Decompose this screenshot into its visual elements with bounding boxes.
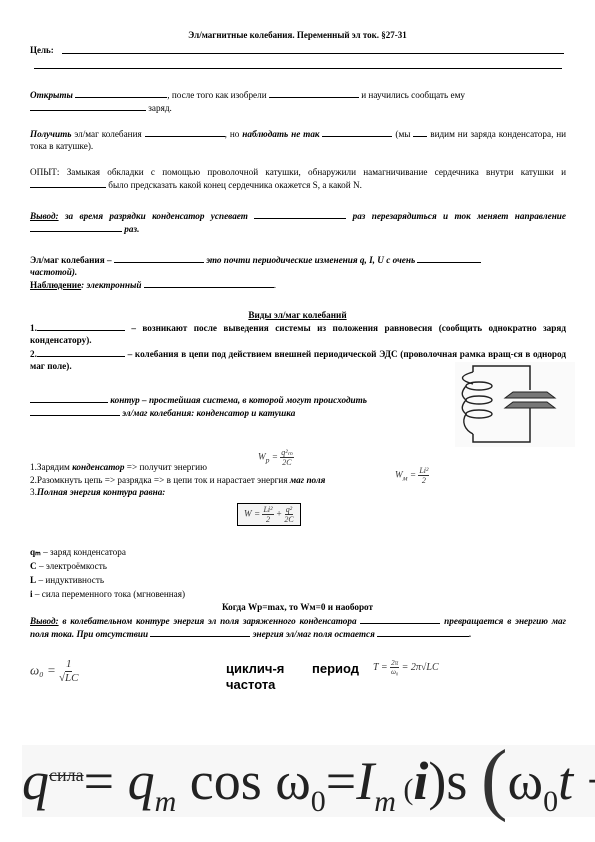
label-experiment: ОПЫТ:: [30, 167, 59, 177]
text: +: [573, 751, 595, 811]
blank-7[interactable]: [30, 178, 106, 188]
text: =: [326, 751, 356, 811]
text: .: [274, 280, 276, 290]
text: √LC: [59, 672, 79, 685]
text: q: [22, 751, 49, 811]
blank-12[interactable]: [144, 278, 274, 288]
text: (: [396, 773, 414, 806]
text: энергия эл/маг поля остается: [253, 629, 375, 639]
legend-item: L – индуктивность: [30, 573, 185, 587]
blank-17[interactable]: [360, 614, 440, 624]
text: 3.: [30, 487, 37, 497]
big-formula: qсила= qm cos ω0=Im (i)s (ω0t + π2): [22, 745, 595, 817]
label-discovered: Открыты: [30, 90, 73, 100]
text: раз перезарядиться и ток меняет направле…: [353, 211, 566, 221]
page-title: Эл/магнитные колебания. Переменный эл то…: [0, 29, 595, 41]
text: – сила переменного тока (мгновенная): [33, 589, 185, 599]
text: м: [403, 473, 408, 482]
text: – заряд конденсатора: [41, 547, 126, 557]
text: I: [356, 751, 374, 811]
text: это почти периодические изменения q, I, …: [206, 255, 415, 265]
text: ω₀: [391, 668, 398, 676]
formula-period: T = 2πω₀ = 2π√LC: [373, 659, 439, 676]
text: частотой).: [30, 267, 77, 277]
blank-10[interactable]: [114, 253, 204, 263]
legend-item: C – электроёмкость: [30, 559, 185, 573]
text: ω₀ =: [30, 662, 56, 677]
label-observation: Наблюдение: [30, 280, 81, 290]
label-conclusion: Вывод:: [30, 211, 59, 221]
text: – электроёмкость: [37, 561, 107, 571]
text: (мы: [395, 129, 410, 139]
text: маг поля: [290, 475, 326, 485]
blank-2[interactable]: [269, 88, 359, 98]
blank-8[interactable]: [254, 209, 346, 219]
text: W: [395, 470, 403, 480]
text: Зарядим: [37, 462, 70, 472]
text: 2.Разомкнуть цепь => разрядка => в цепи …: [30, 475, 288, 485]
text: )s: [428, 751, 481, 811]
blank-3[interactable]: [30, 101, 146, 111]
text: заряд.: [148, 103, 172, 113]
energy-relation-note: Когда Wр=max, то Wм=0 и наоборот: [0, 601, 595, 613]
paragraph-conclusion-1: Вывод: за время разрядки конденсатор усп…: [30, 209, 566, 235]
text: было предсказать какой конец сердечника …: [108, 180, 362, 190]
text: наблюдать не так: [242, 129, 319, 139]
text: 2C: [282, 458, 291, 467]
text: раз.: [124, 224, 139, 234]
paragraph-definition: Эл/маг колебания – это почти периодическ…: [30, 253, 566, 291]
text: W =: [244, 509, 260, 519]
text: T =: [373, 662, 388, 673]
types-item-1: 1. – возникают после выведения системы и…: [30, 321, 566, 346]
goal-answer-line-2[interactable]: [34, 68, 562, 69]
symbol: C: [30, 561, 37, 571]
text: 2C: [284, 515, 293, 524]
text: в колебательном контуре энергия эл поля …: [62, 616, 356, 626]
text: за время разрядки конденсатор успевает: [65, 211, 248, 221]
text: =: [84, 751, 128, 811]
blank-14[interactable]: [37, 347, 125, 357]
text: Замыкая обкладки с помощью проволочной к…: [67, 167, 566, 177]
blank-6[interactable]: [413, 127, 427, 137]
lc-circuit-diagram: [455, 362, 575, 447]
text: Полная энергия контура равна:: [37, 487, 165, 497]
text: 0: [543, 785, 558, 818]
text: и научились сообщать ему: [361, 90, 465, 100]
text: .: [469, 629, 471, 639]
label-obtain: Получить: [30, 129, 71, 139]
text: 2: [422, 476, 426, 485]
text: ω: [508, 751, 544, 811]
blank-16[interactable]: [30, 406, 120, 416]
text: частота: [226, 677, 284, 693]
text: m: [374, 785, 396, 818]
text: 1: [65, 658, 73, 672]
text: Li²: [418, 466, 429, 476]
blank-9[interactable]: [30, 222, 122, 232]
text: , но: [225, 129, 240, 139]
text: Li²: [262, 505, 273, 515]
paragraph-circuit: контур – простейшая система, в которой м…: [30, 393, 450, 419]
text: W: [258, 452, 266, 462]
label-period: период: [312, 661, 359, 677]
text: – индуктивность: [36, 575, 104, 585]
paragraph-conclusion-2: Вывод: в колебательном контуре энергия э…: [30, 614, 566, 640]
legend-item: i – сила переменного тока (мгновенная): [30, 587, 185, 601]
text: +: [276, 509, 282, 519]
blank-1[interactable]: [75, 88, 167, 98]
text: m: [155, 785, 177, 818]
formula-cyclic-frequency: ω₀ = 1√LC: [30, 658, 78, 685]
blank-5[interactable]: [322, 127, 392, 137]
text: контур – простейшая система, в которой м…: [110, 395, 367, 405]
paren-open: (: [481, 735, 508, 823]
text: Эл/маг колебания –: [30, 255, 112, 265]
text: 0: [311, 785, 326, 818]
text: конденсатор: [72, 462, 124, 472]
text: эл/маг колебания: [74, 129, 141, 139]
formula-total-energy: W = Li²2 + q²2C: [237, 503, 301, 526]
paragraph-discovered: Открыты , после того как изобрели и науч…: [30, 88, 566, 114]
text: , после того как изобрели: [167, 90, 266, 100]
text: р: [266, 455, 270, 464]
energy-step-2: 2.Разомкнуть цепь => разрядка => в цепи …: [30, 474, 325, 486]
types-heading: Виды эл/маг колебаний: [0, 309, 595, 321]
text: i: [413, 751, 428, 811]
paragraph-obtain: Получить эл/маг колебания , но наблюдать…: [30, 127, 566, 152]
text: 2: [266, 515, 270, 524]
item-number: 1.: [30, 323, 37, 333]
label-conclusion: Вывод:: [30, 616, 59, 626]
energy-step-1: 1.Зарядим конденсатор => получит энергию: [30, 461, 207, 473]
text: циклич-я: [226, 661, 284, 677]
goal-answer-line-1[interactable]: [62, 53, 564, 54]
energy-step-3: 3.Полная энергия контура равна:: [30, 486, 165, 498]
blank-4[interactable]: [145, 127, 225, 137]
text: эл/маг колебания: конденсатор и катушка: [122, 408, 295, 418]
text: 1.: [30, 462, 37, 472]
text: q: [128, 751, 155, 811]
text: q²ₘ: [280, 448, 293, 458]
formula-magnetic-energy: Wм = Li²2: [395, 466, 429, 485]
item-number: 2.: [30, 349, 37, 359]
blank-18[interactable]: [150, 627, 250, 637]
legend-item: qₘ – заряд конденсатора: [30, 545, 185, 559]
symbol: qₘ: [30, 547, 41, 557]
blank-15[interactable]: [30, 393, 108, 403]
blank-19[interactable]: [377, 627, 469, 637]
paragraph-experiment: ОПЫТ: Замыкая обкладки с помощью проволо…: [30, 166, 566, 191]
formula-electric-energy: Wр = q²ₘ2C: [258, 448, 294, 467]
text: => получит энергию: [127, 462, 207, 472]
label-cyclic-frequency: циклич-я частота: [226, 661, 284, 693]
blank-11[interactable]: [417, 253, 481, 263]
text: = 2π√LC: [402, 662, 439, 673]
text: cos ω: [176, 751, 311, 811]
blank-13[interactable]: [37, 321, 125, 331]
text: q²: [285, 505, 293, 515]
goal-label: Цель:: [30, 44, 54, 56]
text: t: [558, 751, 573, 811]
text: сила: [49, 765, 84, 785]
text: 2π: [390, 659, 399, 668]
text: : электронный: [81, 280, 141, 290]
symbol-legend: qₘ – заряд конденсатора C – электроёмкос…: [30, 545, 185, 601]
